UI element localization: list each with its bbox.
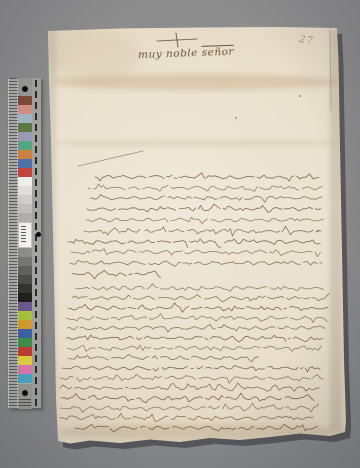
ink-speck [235, 117, 237, 119]
invocation-cross-horizontal [157, 39, 197, 41]
handwriting-line [71, 249, 321, 257]
calibration-color-swatches-top [18, 96, 32, 177]
handwriting-line [67, 345, 321, 351]
calibration-gray-ramp-upper [18, 177, 32, 222]
handwriting-line [68, 355, 258, 363]
color-swatch [18, 105, 32, 114]
color-swatch [18, 213, 32, 222]
handwriting-line [61, 393, 314, 403]
handwriting-line [88, 184, 322, 192]
salutation-abbreviation: señor [202, 46, 235, 59]
salutation-text: muy noble [138, 47, 202, 61]
color-swatch [18, 302, 32, 311]
diagonal-scratch-mark [78, 151, 143, 166]
color-swatch [18, 275, 32, 284]
color-swatch [18, 338, 32, 347]
color-swatch [18, 159, 32, 168]
handwriting-line [60, 403, 319, 412]
handwriting-line [72, 270, 161, 278]
handwriting-line [70, 260, 322, 266]
ink-speck [317, 230, 319, 232]
handwriting-line [95, 173, 319, 181]
color-swatch [18, 293, 32, 302]
color-swatch [18, 96, 32, 105]
color-swatch [18, 186, 32, 195]
handwriting-line [86, 217, 326, 223]
color-swatch [18, 114, 32, 123]
top-left-discoloration [50, 30, 140, 82]
calibration-text-label [18, 222, 32, 248]
color-swatch [18, 141, 32, 150]
handwriting-line [90, 195, 324, 203]
registration-dot-bottom [22, 390, 28, 396]
color-swatch [18, 177, 32, 186]
salutation-heading: muy noble señor [138, 45, 258, 61]
color-swatch [18, 320, 32, 329]
ink-speck [299, 95, 301, 97]
handwriting-line [60, 414, 313, 422]
color-swatch [18, 150, 32, 159]
color-swatch [18, 374, 32, 383]
color-swatch [18, 204, 32, 213]
handwriting-line [62, 365, 320, 371]
ink-specks [235, 95, 319, 232]
color-swatch [18, 365, 32, 374]
handwriting-line [84, 226, 321, 236]
handwriting-line [67, 324, 325, 332]
micro-print-rows [21, 226, 26, 244]
handwriting-lines [60, 173, 329, 432]
manuscript-paper-sheet: muy noble señor 27 [0, 0, 360, 468]
color-swatch [18, 266, 32, 275]
calibration-ruler-markings [9, 78, 18, 408]
handwriting-line [75, 284, 324, 292]
calibration-gray-ramp-lower [18, 248, 32, 302]
registration-dot-top [22, 86, 28, 92]
color-swatch [18, 347, 32, 356]
invocation-cross-vertical [176, 33, 178, 47]
color-swatch [18, 356, 32, 365]
color-swatch [18, 311, 32, 320]
calibration-footer [18, 383, 32, 409]
photographed-manuscript-scene: muy noble señor 27 [0, 0, 360, 468]
calibration-tick-dashes [35, 80, 37, 406]
calibration-color-swatches-bottom [18, 302, 32, 383]
color-swatch [18, 132, 32, 141]
color-swatch [18, 257, 32, 266]
handwriting-line [66, 314, 327, 323]
calibration-header [18, 78, 32, 96]
left-edge-shading [48, 30, 56, 440]
color-swatch [18, 168, 32, 177]
calibration-swatch-column [18, 78, 32, 408]
color-swatch [18, 248, 32, 257]
handwriting-line [73, 293, 330, 301]
folio-page-number: 27 [298, 34, 314, 47]
handwriting-line [68, 239, 320, 248]
color-swatch [18, 195, 32, 204]
footer-micro-print [19, 399, 31, 406]
handwriting-line [66, 335, 323, 342]
handwriting-line [60, 374, 323, 383]
handwriting-line [60, 383, 319, 391]
color-swatch [18, 329, 32, 338]
handwriting-line [87, 204, 321, 212]
color-calibration-strip [8, 78, 41, 408]
faint-fold-line [52, 139, 338, 147]
handwriting-line [68, 303, 328, 313]
color-swatch [18, 284, 32, 293]
color-swatch [18, 123, 32, 132]
